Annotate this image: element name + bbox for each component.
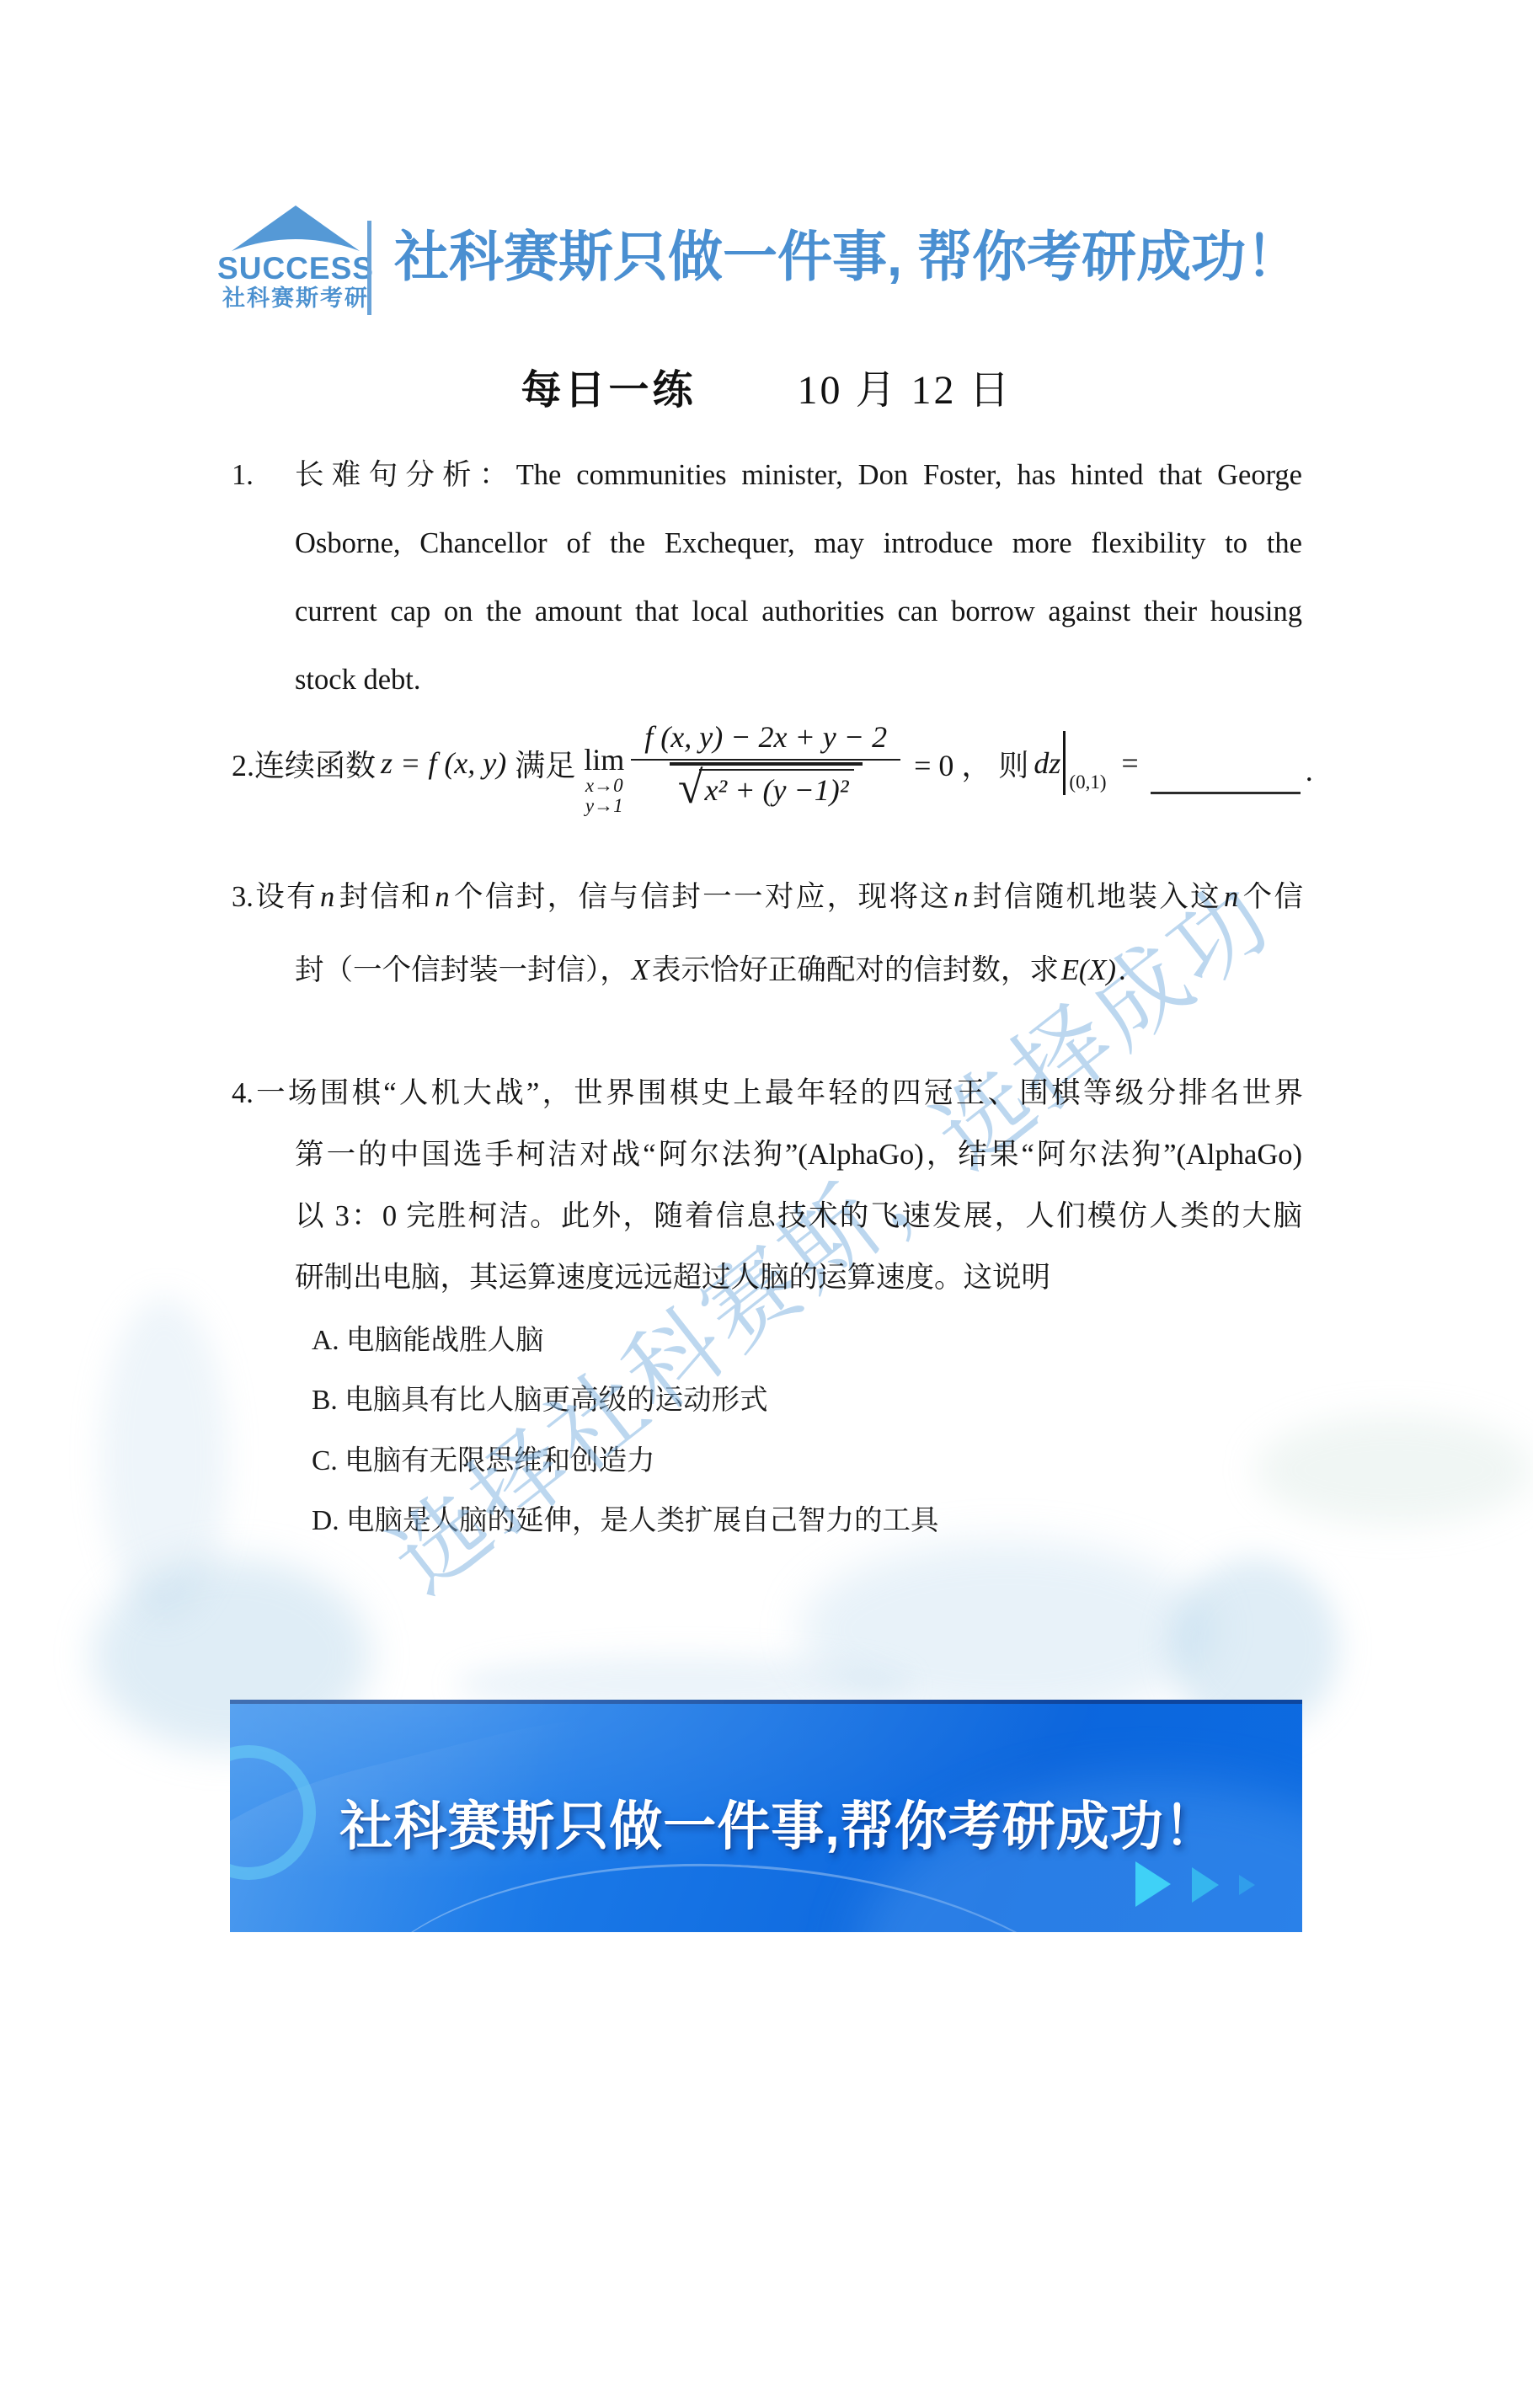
q2-answer-blank [1151, 755, 1301, 794]
q2-lim-sub-top: x→0 [585, 776, 623, 796]
title-date: 10 月 12 日 [798, 368, 1012, 413]
q4-line: 第一的中国选手柯洁对战“阿尔法狗”(AlphaGo)，结果“阿尔法狗”(Alph… [295, 1124, 1302, 1186]
watercolor-wash [800, 1541, 1213, 1718]
q3-line: 3.设有n封信和n个信封，信与信封一一对应，现将这n封信随机地装入这n个信 [232, 861, 1303, 934]
logo: SUCCESS 社科赛斯考研 [213, 202, 378, 312]
play-icon-medium [1192, 1867, 1219, 1903]
q2-formula: 2.连续函数 z = f (x, y) 满足 lim x→0 y→1 f (x,… [232, 697, 1318, 829]
q2-satisfies: 满足 [515, 742, 575, 785]
q2-lim-sub-bottom: y→1 [585, 796, 623, 816]
q1-line: current cap on the amount that local aut… [295, 578, 1302, 646]
q2-eval-sub: (0,1) [1066, 772, 1106, 793]
q1-text: 长难句分析：The communities minister, Don Fost… [295, 441, 1302, 714]
q2-then: 则 [998, 742, 1028, 785]
q4-line: 4.一场围棋“人机大战”，世界围棋史上最年轻的四冠王、围棋等级分排名世界 [232, 1063, 1303, 1124]
q2-radicand: x² + (y −1)² [699, 769, 853, 808]
logo-roof-icon [225, 202, 366, 254]
banner-slogan: 社科赛斯只做一件事,帮你考研成功！ [230, 1784, 1302, 1861]
q2-prefix: 2.连续函数 [232, 742, 376, 785]
logo-subtext: 社科赛斯考研 [213, 285, 378, 312]
q2-equals: = [1121, 745, 1138, 781]
page-title: 每日一练10 月 12 日 [0, 357, 1533, 415]
q2-equals-zero: = 0 ， [914, 742, 991, 785]
header-divider [367, 221, 371, 315]
q2-lim: lim [584, 744, 624, 776]
watercolor-wash [1255, 1415, 1533, 1524]
header-slogan: 社科赛斯只做一件事, 帮你考研成功！ [394, 224, 1312, 290]
q1-number: 1. [232, 441, 254, 510]
q2-z-fx: z = f (x, y) [381, 745, 506, 781]
title-daily-practice: 每日一练 [521, 368, 696, 413]
q4-option-b: B. 电脑具有比人脑更高级的运动形式 [312, 1370, 1280, 1430]
q2-dz: dz [1034, 745, 1060, 781]
q4-line: 研制出电脑，其运算速度远远超过人脑的运算速度。这说明 [295, 1247, 1302, 1309]
q2-denominator: √ x² + (y −1)² [670, 762, 863, 808]
play-icon-small [1239, 1875, 1255, 1895]
q3-line: 封（一个信封装一封信），X表示恰好正确配对的信封数，求E(X). [295, 934, 1302, 1007]
logo-text: SUCCESS [213, 253, 378, 285]
document-page: 选择社科赛斯，选择成功 SUCCESS 社科赛斯考研 社科赛斯只做一件事, 帮你… [0, 0, 1533, 2408]
q4-line: 以 3：0 完胜柯洁。此外，随着信息技术的飞速发展，人们模仿人类的大脑 [295, 1186, 1302, 1247]
q1-line: Osborne, Chancellor of the Exchequer, ma… [295, 510, 1302, 578]
promo-banner: 社科赛斯只做一件事,帮你考研成功！ [230, 1700, 1302, 1932]
play-icon-large [1135, 1861, 1171, 1907]
q1-line: 长难句分析：The communities minister, Don Fost… [295, 441, 1302, 510]
watercolor-wash [101, 1297, 227, 1617]
q2-limit: lim x→0 y→1 [584, 744, 624, 816]
q2-fraction: f (x, y) − 2x + y − 2 √ x² + (y −1)² [631, 719, 900, 808]
q2-dz-eval: dz (0,1) [1034, 731, 1066, 795]
q2-period: . [1306, 753, 1313, 788]
q2-numerator: f (x, y) − 2x + y − 2 [631, 719, 900, 761]
